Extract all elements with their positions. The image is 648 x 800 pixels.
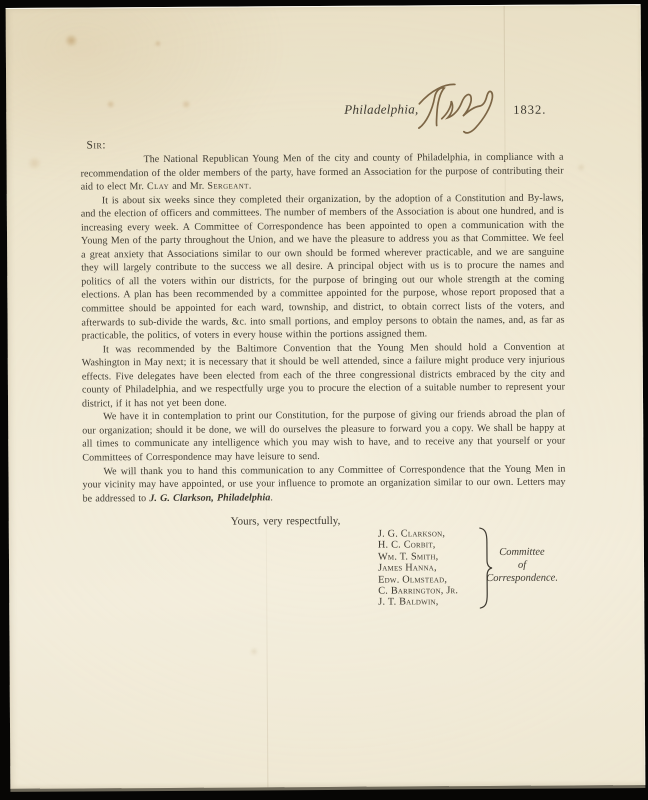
signature-name: H. C. Corbit, (378, 540, 458, 552)
signature-name: Wm. T. Smith, (378, 551, 458, 563)
name-sergeant: Sergeant (207, 181, 249, 192)
committee-label: Committee of Correspondence. (472, 545, 572, 585)
paragraph-2: It is about six weeks since they complet… (81, 191, 565, 343)
handwritten-month-script (403, 71, 514, 143)
scan-background: Philadelphia, 1832. Sir: The National Re… (0, 0, 648, 800)
committee-label-line: Correspondence. (472, 571, 572, 585)
stain (154, 40, 162, 47)
stain (577, 163, 586, 171)
signature-name: C. Barrington, Jr. (378, 585, 458, 597)
signature-name: J. G. Clarkson, (378, 528, 458, 540)
signature-name: James Hanna, (378, 562, 458, 574)
paragraph-5-text: . (270, 492, 273, 503)
paragraph-1: The National Republican Young Men of the… (81, 151, 564, 195)
signature-name: J. T. Baldwin, (378, 597, 458, 609)
paragraph-4: We have it in contemplation to print our… (82, 408, 565, 465)
dateline-year: 1832. (513, 103, 546, 118)
committee-label-line: of (472, 558, 572, 572)
stain (64, 35, 79, 47)
stain (181, 100, 191, 109)
closing-line: Yours, very respectfully, (231, 515, 341, 528)
signature-name: Edw. Olmstead, (378, 574, 458, 586)
stain (106, 100, 115, 108)
committee-label-line: Committee (472, 545, 572, 559)
paragraph-5: We will thank you to hand this communica… (82, 462, 565, 506)
paragraph-1-text: and Mr. (169, 181, 207, 192)
stain (250, 647, 259, 655)
paragraph-3: It was recommended by the Baltimore Conv… (82, 340, 565, 411)
paragraph-1-text: . (249, 181, 252, 192)
name-clay: Clay (147, 181, 169, 192)
stain (27, 157, 43, 170)
salutation: Sir: (86, 139, 106, 151)
letter-page: Philadelphia, 1832. Sir: The National Re… (6, 4, 646, 789)
letter-body: The National Republican Young Men of the… (81, 151, 566, 506)
address-name: J. G. Clarkson, Philadelphia (149, 492, 270, 504)
signature-names: J. G. Clarkson, H. C. Corbit, Wm. T. Smi… (378, 528, 458, 608)
